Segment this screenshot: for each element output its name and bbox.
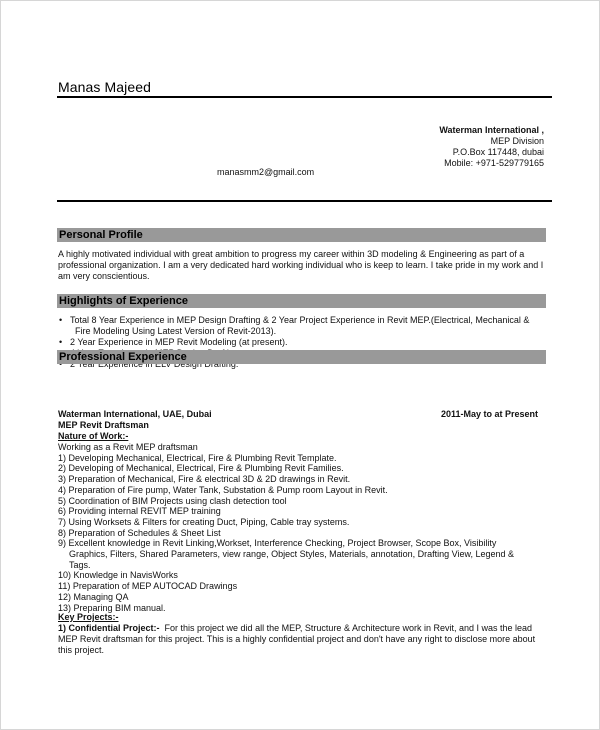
list-item: 6) Providing internal REVIT MEP training xyxy=(58,506,548,517)
job-title: MEP Revit Draftsman xyxy=(58,420,149,431)
address-mobile: Mobile: +971-529779165 xyxy=(439,158,544,169)
nature-of-work-heading: Nature of Work:- xyxy=(58,431,128,442)
resume-page: Manas Majeed Waterman International , ME… xyxy=(0,0,600,730)
list-item: 13) Preparing BIM manual. xyxy=(58,603,548,614)
employer-name: Waterman International, UAE, Dubai xyxy=(58,409,212,419)
email-address[interactable]: manasmm2@gmail.com xyxy=(217,167,314,177)
list-item: 2) Developing of Mechanical, Electrical,… xyxy=(58,463,548,474)
project-entry: 1) Confidential Project:- For this proje… xyxy=(58,623,548,656)
list-item: 9) Excellent knowledge in Revit Linking,… xyxy=(58,538,548,549)
contact-address: Waterman International , MEP Division P.… xyxy=(439,125,544,169)
address-pobox: P.O.Box 117448, dubai xyxy=(439,147,544,158)
profile-text: A highly motivated individual with great… xyxy=(58,249,548,282)
candidate-name: Manas Majeed xyxy=(58,79,151,95)
list-item: Total 8 Year Experience in MEP Design Dr… xyxy=(58,315,548,337)
project-title: 1) Confidential Project:- xyxy=(58,623,160,633)
header-rule xyxy=(57,96,552,98)
section-heading-personal-profile: Personal Profile xyxy=(57,228,546,242)
list-item: 5) Coordination of BIM Projects using cl… xyxy=(58,496,548,507)
list-item: Working as a Revit MEP draftsman xyxy=(58,442,548,453)
contact-rule xyxy=(57,200,552,202)
list-item: 4) Preparation of Fire pump, Water Tank,… xyxy=(58,485,548,496)
list-item: 11) Preparation of MEP AUTOCAD Drawings xyxy=(58,581,548,592)
list-item: 3) Preparation of Mechanical, Fire & ele… xyxy=(58,474,548,485)
list-item: 2 Year Experience in MEP Revit Modeling … xyxy=(58,337,548,348)
list-item: 1) Developing Mechanical, Electrical, Fi… xyxy=(58,453,548,464)
employment-dates: 2011-May to at Present xyxy=(441,409,538,420)
nature-of-work-list: Working as a Revit MEP draftsman 1) Deve… xyxy=(58,442,548,613)
address-division: MEP Division xyxy=(439,136,544,147)
list-item: 12) Managing QA xyxy=(58,592,548,603)
list-item-continuation: Tags. xyxy=(58,560,548,571)
address-company: Waterman International , xyxy=(439,125,544,136)
key-projects-heading: Key Projects:- xyxy=(58,612,119,623)
list-item: 10) Knowledge in NavisWorks xyxy=(58,570,548,581)
job-header: Waterman International, UAE, Dubai 2011-… xyxy=(58,409,538,420)
section-heading-professional-experience: Professional Experience xyxy=(57,350,546,364)
section-heading-highlights: Highlights of Experience xyxy=(57,294,546,308)
list-item: 7) Using Worksets & Filters for creating… xyxy=(58,517,548,528)
list-item-continuation: Graphics, Filters, Shared Parameters, vi… xyxy=(58,549,548,560)
list-item: 8) Preparation of Schedules & Sheet List xyxy=(58,528,548,539)
